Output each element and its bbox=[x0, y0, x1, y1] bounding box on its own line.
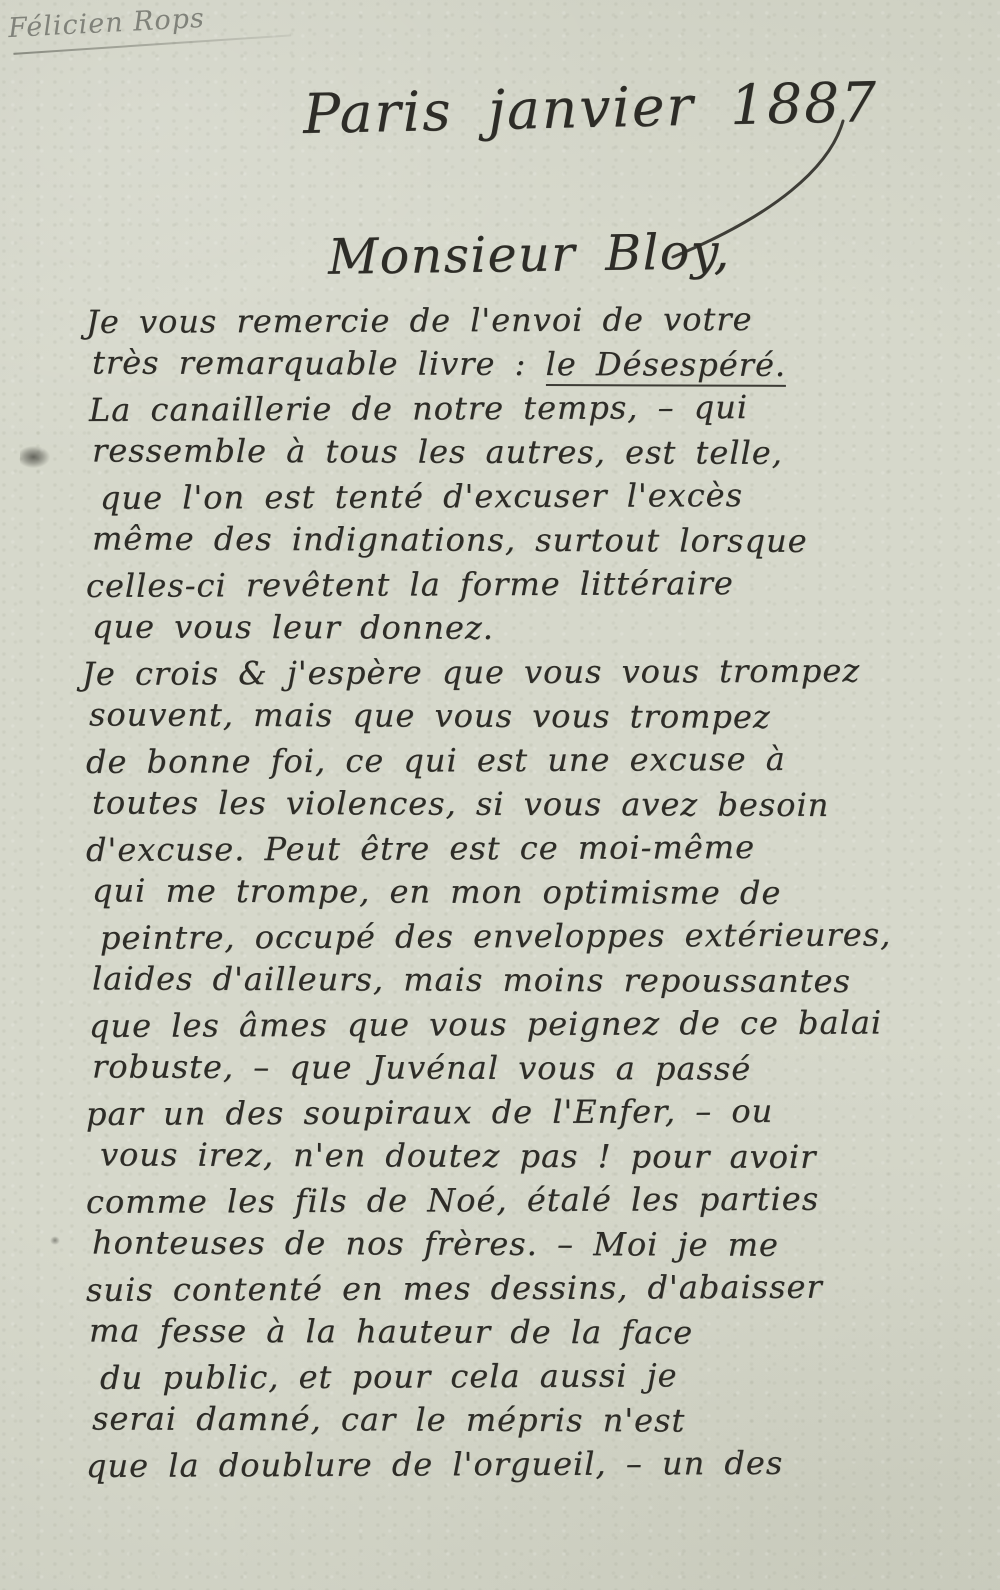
letter-line: suis contenté en mes dessins, d'abaisser bbox=[86, 1265, 980, 1313]
line-text: Je vous remercie de l'envoi de votre bbox=[86, 300, 753, 341]
line-text: très remarquable livre : bbox=[92, 343, 546, 383]
salutation: Monsieur Bloy, bbox=[328, 223, 731, 286]
line-text: que la doublure de l'orgueil, – un des bbox=[86, 1444, 783, 1485]
line-text: Je crois & j'espère que vous vous trompe… bbox=[82, 652, 860, 693]
dateline: Paris janvier 1887 bbox=[302, 70, 878, 146]
letter-line: celles-ci revêtent la forme littéraire bbox=[86, 561, 980, 609]
ink-spot bbox=[50, 1236, 60, 1245]
letter-line: qui me trompe, en mon optimisme de bbox=[92, 869, 980, 916]
letter-line: que la doublure de l'orgueil, – un des bbox=[86, 1441, 980, 1489]
book-title: le Désespéré. bbox=[545, 345, 786, 387]
letter-line: toutes les violences, si vous avez besoi… bbox=[92, 781, 980, 828]
line-text: vous irez, n'en doutez pas ! pour avoir bbox=[100, 1135, 817, 1176]
letter-line: ressemble à tous les autres, est telle, bbox=[92, 429, 980, 476]
line-text: souvent, mais que vous vous trompez bbox=[89, 695, 771, 735]
line-text: celles-ci revêtent la forme littéraire bbox=[86, 564, 734, 605]
letter-line: comme les fils de Noé, étalé les parties bbox=[86, 1177, 980, 1225]
line-text: comme les fils de Noé, étalé les parties bbox=[86, 1180, 819, 1221]
line-text: du public, et pour cela aussi je bbox=[100, 1356, 678, 1397]
pencil-annotation: Félicien Rops bbox=[7, 3, 205, 44]
letter-line: que vous leur donnez. bbox=[92, 605, 980, 652]
letter-line: que l'on est tenté d'excuser l'excès bbox=[100, 473, 980, 521]
line-text: par un des soupiraux de l'Enfer, – ou bbox=[86, 1092, 773, 1133]
line-text: qui me trompe, en mon optimisme de bbox=[92, 871, 781, 911]
pencil-annotation-text: Félicien Rops bbox=[7, 3, 205, 44]
letter-line: souvent, mais que vous vous trompez bbox=[89, 693, 980, 740]
line-text: que l'on est tenté d'excuser l'excès bbox=[100, 476, 743, 517]
letter-body: Je vous remercie de l'envoi de votre trè… bbox=[86, 299, 980, 1487]
line-text: ressemble à tous les autres, est telle, bbox=[92, 431, 783, 471]
letter-line: du public, et pour cela aussi je bbox=[100, 1353, 980, 1401]
line-text: serai damné, car le mépris n'est bbox=[92, 1399, 685, 1439]
line-text: ma fesse à la hauteur de la face bbox=[89, 1311, 693, 1351]
line-text: La canaillerie de notre temps, – qui bbox=[89, 388, 748, 429]
letter-line: même des indignations, surtout lorsque bbox=[92, 517, 980, 564]
letter-line: vous irez, n'en doutez pas ! pour avoir bbox=[100, 1133, 980, 1180]
letter-line: honteuses de nos frères. – Moi je me bbox=[92, 1221, 980, 1268]
line-text: que vous leur donnez. bbox=[92, 607, 494, 646]
line-text: laides d'ailleurs, mais moins repoussant… bbox=[92, 959, 851, 1000]
letter-page: { "annotation": { "text": "Félicien Rops… bbox=[0, 0, 1000, 1590]
line-text: suis contenté en mes dessins, d'abaisser bbox=[86, 1268, 823, 1309]
letter-line: par un des soupiraux de l'Enfer, – ou bbox=[86, 1089, 980, 1137]
line-text: de bonne foi, ce qui est une excuse à bbox=[86, 740, 786, 781]
letter-line: très remarquable livre : le Désespéré. bbox=[92, 341, 980, 388]
letter-line: La canaillerie de notre temps, – qui bbox=[89, 385, 980, 433]
letter-line: Je crois & j'espère que vous vous trompe… bbox=[82, 649, 980, 697]
line-text: même des indignations, surtout lorsque bbox=[92, 519, 808, 559]
letter-line: laides d'ailleurs, mais moins repoussant… bbox=[92, 957, 980, 1004]
letter-line: serai damné, car le mépris n'est bbox=[92, 1397, 980, 1444]
line-text: toutes les violences, si vous avez besoi… bbox=[92, 783, 829, 824]
ink-spot bbox=[20, 446, 50, 468]
letter-line: que les âmes que vous peignez de ce bala… bbox=[89, 1001, 980, 1049]
letter-line: Je vous remercie de l'envoi de votre bbox=[86, 297, 980, 345]
letter-line: ma fesse à la hauteur de la face bbox=[89, 1309, 980, 1356]
line-text: peintre, occupé des enveloppes extérieur… bbox=[100, 915, 891, 956]
letter-line: robuste, – que Juvénal vous a passé bbox=[92, 1045, 980, 1092]
line-text: honteuses de nos frères. – Moi je me bbox=[92, 1223, 779, 1263]
line-text: que les âmes que vous peignez de ce bala… bbox=[89, 1003, 882, 1044]
letter-line: peintre, occupé des enveloppes extérieur… bbox=[100, 913, 980, 961]
line-text: robuste, – que Juvénal vous a passé bbox=[92, 1047, 751, 1087]
letter-line: d'excuse. Peut être est ce moi-même bbox=[86, 825, 980, 873]
letter-line: de bonne foi, ce qui est une excuse à bbox=[86, 737, 980, 785]
line-text: d'excuse. Peut être est ce moi-même bbox=[86, 828, 755, 869]
